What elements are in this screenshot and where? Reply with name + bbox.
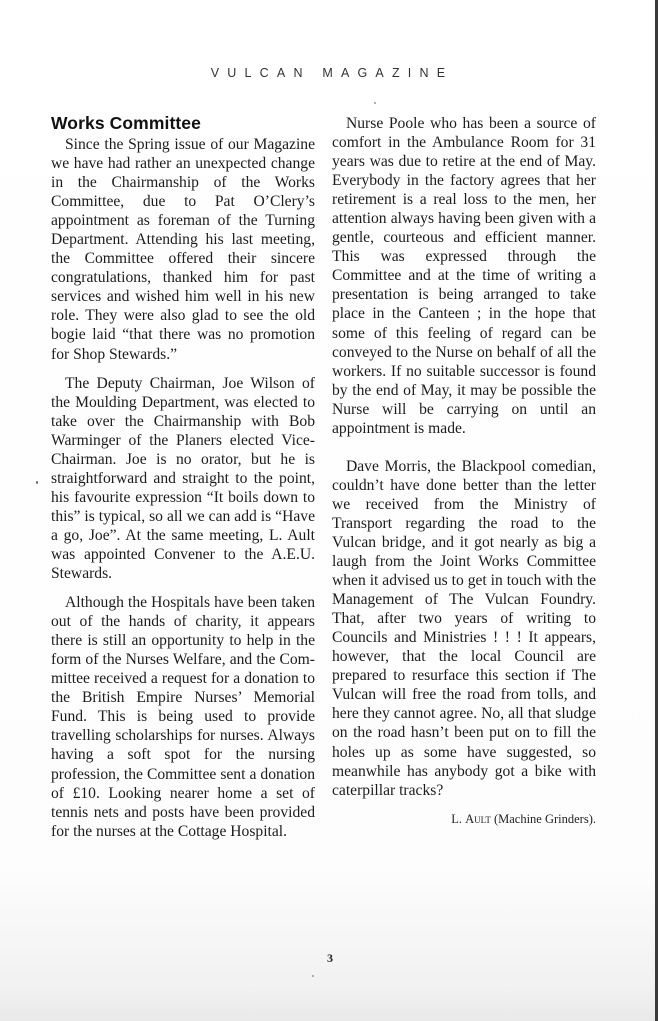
magazine-page: VULCAN MAGAZINE Works Committee Since th…	[0, 0, 658, 1021]
paragraph-nurse-poole: Nurse Poole who has been a source of com…	[332, 114, 596, 438]
signature-name: Ault	[465, 812, 491, 826]
print-speck	[312, 975, 314, 977]
left-column: Works Committee Since the Spring issue o…	[51, 112, 315, 841]
print-speck	[374, 102, 376, 104]
print-speck	[36, 481, 38, 484]
paragraph-vulcan-road: Dave Morris, the Blackpool comedian, cou…	[332, 457, 596, 800]
paragraph-deputy-chairman: The Deputy Chairman, Joe Wilson of the M…	[51, 374, 315, 584]
paragraph-chairmanship-change: Since the Spring issue of our Magazine w…	[51, 135, 315, 364]
author-signature: L. Ault (Machine Grinders).	[332, 811, 596, 827]
signature-department: (Machine Grinders).	[494, 812, 596, 826]
right-column: Nurse Poole who has been a source of com…	[332, 112, 596, 827]
article-title: Works Committee	[51, 112, 315, 134]
running-header: VULCAN MAGAZINE	[0, 66, 658, 80]
signature-initial: L.	[451, 812, 462, 826]
paragraph-nurses-welfare: Although the Hospitals have been taken o…	[51, 593, 315, 841]
page-number: 3	[0, 951, 658, 966]
